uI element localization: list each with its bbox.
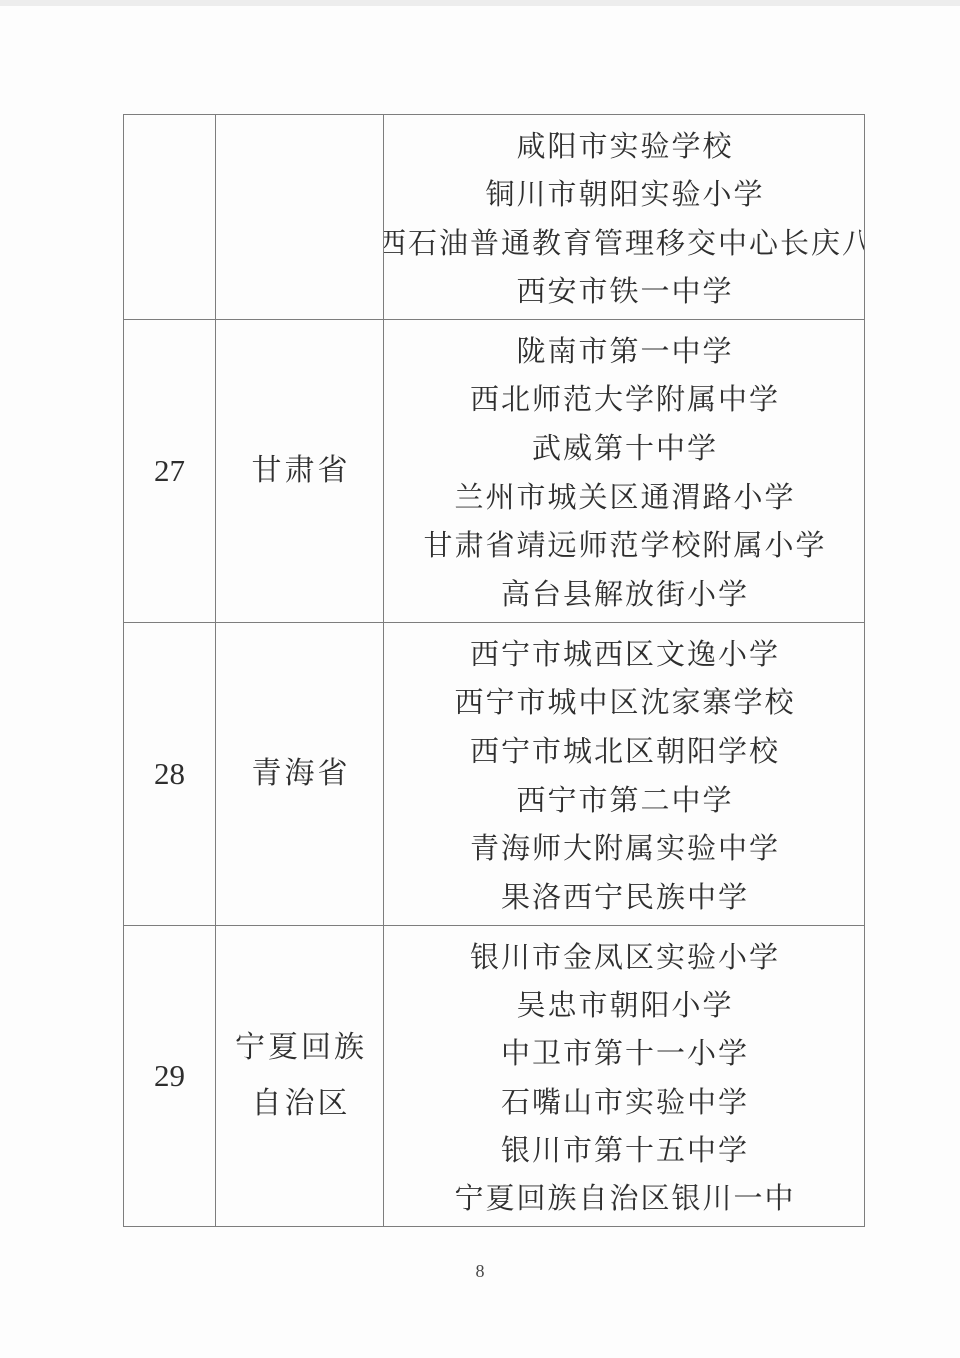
scan-edge [0, 0, 960, 6]
school-name: 西北师范大学附属中学 [468, 377, 780, 418]
row-number-cell: 29 [124, 926, 216, 1226]
row-number-cell: 27 [124, 320, 216, 623]
school-name: 铜川市朝阳实验小学 [483, 172, 764, 213]
school-name: 兰州市城关区通渭路小学 [452, 475, 795, 516]
row-number-cell [124, 115, 216, 320]
province-cell [216, 115, 384, 320]
school-name: 青海师大附属实验中学 [468, 826, 780, 867]
province-name: 宁夏回族 [232, 1020, 367, 1076]
school-name: 西宁市城中区沈家寨学校 [452, 680, 795, 721]
school-name: 西安市铁一中学 [514, 269, 733, 310]
school-name: 西宁市城北区朝阳学校 [468, 729, 780, 770]
school-name: 陇南市第一中学 [514, 329, 733, 370]
province-name: 自治区 [249, 1076, 351, 1132]
schools-cell: 陇南市第一中学 西北师范大学附属中学 武威第十中学 兰州市城关区通渭路小学 甘肃… [384, 320, 864, 623]
school-name: 高台县解放街小学 [499, 572, 749, 613]
province-cell: 宁夏回族 自治区 [216, 926, 384, 1226]
page-number: 8 [0, 1261, 960, 1282]
school-name: 陕西石油普通教育管理移交中心长庆八中 [384, 221, 864, 262]
school-name: 石嘴山市实验中学 [499, 1080, 749, 1121]
schools-cell: 西宁市城西区文逸小学 西宁市城中区沈家寨学校 西宁市城北区朝阳学校 西宁市第二中… [384, 623, 864, 926]
school-name: 果洛西宁民族中学 [499, 875, 749, 916]
school-list-table: 咸阳市实验学校 铜川市朝阳实验小学 陕西石油普通教育管理移交中心长庆八中 西安市… [123, 114, 865, 1227]
school-name: 吴忠市朝阳小学 [514, 983, 733, 1024]
school-name: 甘肃省靖远师范学校附属小学 [421, 523, 826, 564]
school-name: 武威第十中学 [530, 426, 718, 467]
schools-cell: 银川市金凤区实验小学 吴忠市朝阳小学 中卫市第十一小学 石嘴山市实验中学 银川市… [384, 926, 864, 1226]
school-name: 宁夏回族自治区银川一中 [452, 1176, 795, 1217]
school-name: 西宁市城西区文逸小学 [468, 632, 780, 673]
province-name: 青海省 [249, 746, 351, 802]
school-name: 银川市金凤区实验小学 [468, 935, 780, 976]
school-name: 西宁市第二中学 [514, 778, 733, 819]
province-cell: 青海省 [216, 623, 384, 926]
schools-cell: 咸阳市实验学校 铜川市朝阳实验小学 陕西石油普通教育管理移交中心长庆八中 西安市… [384, 115, 864, 320]
school-name: 中卫市第十一小学 [499, 1031, 749, 1072]
row-number-cell: 28 [124, 623, 216, 926]
school-name: 咸阳市实验学校 [514, 124, 733, 165]
school-name: 银川市第十五中学 [499, 1128, 749, 1169]
province-cell: 甘肃省 [216, 320, 384, 623]
province-name: 甘肃省 [249, 443, 351, 499]
document-page: 咸阳市实验学校 铜川市朝阳实验小学 陕西石油普通教育管理移交中心长庆八中 西安市… [0, 0, 960, 1358]
